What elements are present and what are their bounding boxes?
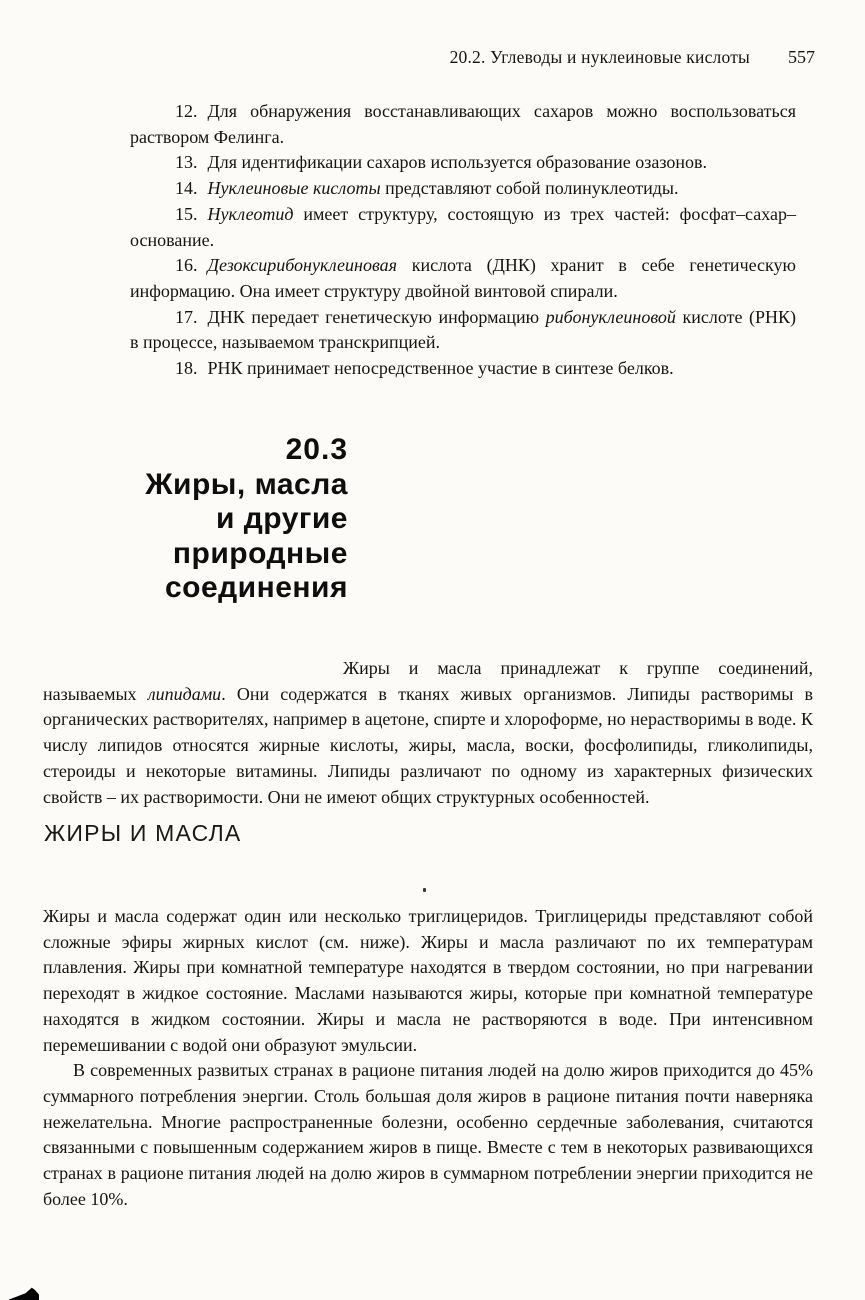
summary-item-text: Для идентификации сахаров используется о… xyxy=(208,152,708,172)
summary-item: 15.Нуклеотид имеет структуру, состоящую … xyxy=(130,202,796,253)
summary-item: 16.Дезоксирибонуклеиновая кислота (ДНК) … xyxy=(130,253,796,304)
summary-item-number: 15. xyxy=(175,204,198,224)
summary-item-number: 18. xyxy=(175,358,198,378)
summary-item: 12.Для обнаружения восстанавливающих сах… xyxy=(130,99,796,150)
summary-item-number: 17. xyxy=(175,307,198,327)
summary-item-text: Дезоксирибонуклеиновая кислота (ДНК) хра… xyxy=(130,255,796,301)
scan-speck-artifact xyxy=(423,888,426,892)
book-page: 20.2. Углеводы и нуклеиновые кислоты 557… xyxy=(0,0,865,1300)
page-corner-ink-mark xyxy=(9,1286,39,1300)
section-title-line: Жиры, масла xyxy=(43,468,348,503)
section-title-line: соединения xyxy=(43,571,348,606)
chapter-summary-list: 12.Для обнаружения восстанавливающих сах… xyxy=(130,99,796,382)
body-text: Жиры и масла содержат один или несколько… xyxy=(43,904,813,1212)
summary-item-number: 16. xyxy=(175,255,198,275)
section-title-line: и другие xyxy=(43,502,348,537)
section-number: 20.3 xyxy=(43,433,348,468)
summary-item-text: Нуклеиновые кислоты представляют собой п… xyxy=(208,178,679,198)
running-head-chapter-title: 20.2. Углеводы и нуклеиновые кислоты xyxy=(450,47,750,68)
summary-item: 14.Нуклеиновые кислоты представляют собо… xyxy=(130,176,796,202)
summary-item-text: Для обнаружения восстанавливающих сахаро… xyxy=(130,101,796,147)
running-head: 20.2. Углеводы и нуклеиновые кислоты 557 xyxy=(43,47,815,68)
intro-paragraph: Жиры и масла принадлежат к группе соедин… xyxy=(43,656,813,810)
body-paragraph: Жиры и масла содержат один или несколько… xyxy=(43,904,813,1058)
summary-item-number: 12. xyxy=(175,101,198,121)
section-title-line: природные xyxy=(43,537,348,572)
body-paragraph: В современных развитых странах в рационе… xyxy=(43,1058,813,1212)
summary-item-number: 13. xyxy=(175,152,198,172)
section-heading: 20.3 Жиры, масла и другие природные соед… xyxy=(43,433,348,606)
summary-item-text: Нуклеотид имеет структуру, состоящую из … xyxy=(130,204,796,250)
subsection-heading: ЖИРЫ И МАСЛА xyxy=(44,820,241,847)
summary-item-text: РНК принимает непосредственное участие в… xyxy=(208,358,674,378)
summary-item: 13.Для идентификации сахаров используетс… xyxy=(130,150,796,176)
summary-item: 17.ДНК передает генетическую информацию … xyxy=(130,305,796,356)
summary-item: 18.РНК принимает непосредственное участи… xyxy=(130,356,796,382)
page-number: 557 xyxy=(788,47,815,68)
summary-item-number: 14. xyxy=(175,178,198,198)
summary-item-text: ДНК передает генетическую информацию риб… xyxy=(130,307,796,353)
